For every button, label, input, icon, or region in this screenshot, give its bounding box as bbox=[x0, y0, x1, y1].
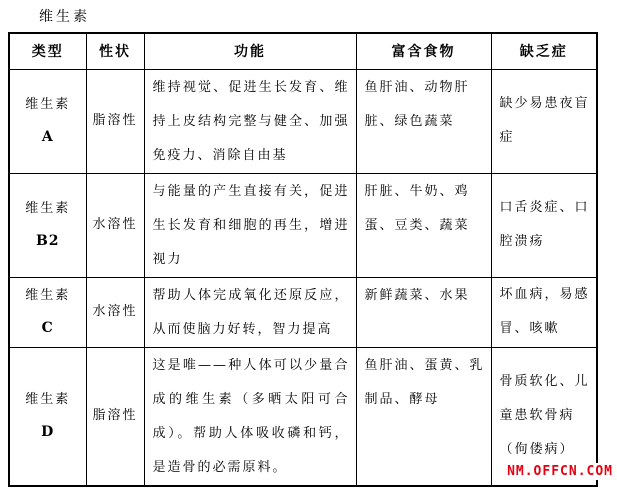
document-page: 维生素 类型 性状 功能 富含食物 缺乏症 维生素 A 脂 bbox=[0, 0, 617, 488]
vitamin-name: 维生素 bbox=[10, 383, 86, 416]
table-row-vitamin-c: 维生素 C 水溶性 帮助人体完成氧化还原反应，从而使脑力好转，智力提高 新鲜蔬菜… bbox=[9, 277, 597, 347]
cell-type: 维生素 C bbox=[9, 277, 86, 347]
cell-function: 帮助人体完成氧化还原反应，从而使脑力好转，智力提高 bbox=[144, 277, 356, 347]
cell-foods: 肝脏、牛奶、鸡蛋、豆类、蔬菜 bbox=[356, 173, 491, 277]
column-header-function: 功能 bbox=[144, 33, 356, 69]
column-header-deficiency: 缺乏症 bbox=[491, 33, 597, 69]
cell-property: 脂溶性 bbox=[86, 347, 144, 486]
cell-property: 水溶性 bbox=[86, 173, 144, 277]
cell-deficiency: 缺少易患夜盲症 bbox=[491, 69, 597, 173]
cell-function: 与能量的产生直接有关，促进生长发育和细胞的再生，增进视力 bbox=[144, 173, 356, 277]
page-title: 维生素 bbox=[39, 6, 90, 26]
cell-deficiency: 口舌炎症、口腔溃疡 bbox=[491, 173, 597, 277]
vitamin-code: C bbox=[10, 312, 86, 345]
vitamin-code: D bbox=[10, 416, 86, 449]
vitamin-name: 维生素 bbox=[10, 279, 86, 312]
cell-foods: 新鲜蔬菜、水果 bbox=[356, 277, 491, 347]
cell-foods: 鱼肝油、动物肝脏、绿色蔬菜 bbox=[356, 69, 491, 173]
cell-property: 脂溶性 bbox=[86, 69, 144, 173]
vitamin-code: A bbox=[10, 121, 86, 154]
cell-type: 维生素 B2 bbox=[9, 173, 86, 277]
table-row-vitamin-a: 维生素 A 脂溶性 维持视觉、促进生长发育、维持上皮结构完整与健全、加强免疫力、… bbox=[9, 69, 597, 173]
column-header-foods: 富含食物 bbox=[356, 33, 491, 69]
cell-foods: 鱼肝油、蛋黄、乳制品、酵母 bbox=[356, 347, 491, 486]
vitamin-name: 维生素 bbox=[10, 192, 86, 225]
cell-type: 维生素 D bbox=[9, 347, 86, 486]
table-header-row: 类型 性状 功能 富含食物 缺乏症 bbox=[9, 33, 597, 69]
watermark: NM.OFFCN.COM bbox=[506, 463, 614, 480]
cell-deficiency: 坏血病，易感冒、咳嗽 bbox=[491, 277, 597, 347]
table-row-vitamin-b2: 维生素 B2 水溶性 与能量的产生直接有关，促进生长发育和细胞的再生，增进视力 … bbox=[9, 173, 597, 277]
vitamin-code: B2 bbox=[10, 225, 86, 258]
cell-type: 维生素 A bbox=[9, 69, 86, 173]
cell-property: 水溶性 bbox=[86, 277, 144, 347]
column-header-type: 类型 bbox=[9, 33, 86, 69]
cell-function: 维持视觉、促进生长发育、维持上皮结构完整与健全、加强免疫力、消除自由基 bbox=[144, 69, 356, 173]
vitamin-table: 类型 性状 功能 富含食物 缺乏症 维生素 A 脂溶性 维持视觉、促进生长发育、… bbox=[8, 32, 598, 487]
vitamin-name: 维生素 bbox=[10, 88, 86, 121]
column-header-property: 性状 bbox=[86, 33, 144, 69]
cell-function: 这是唯——种人体可以少量合成的维生素（多晒太阳可合成）。帮助人体吸收磷和钙，是造… bbox=[144, 347, 356, 486]
